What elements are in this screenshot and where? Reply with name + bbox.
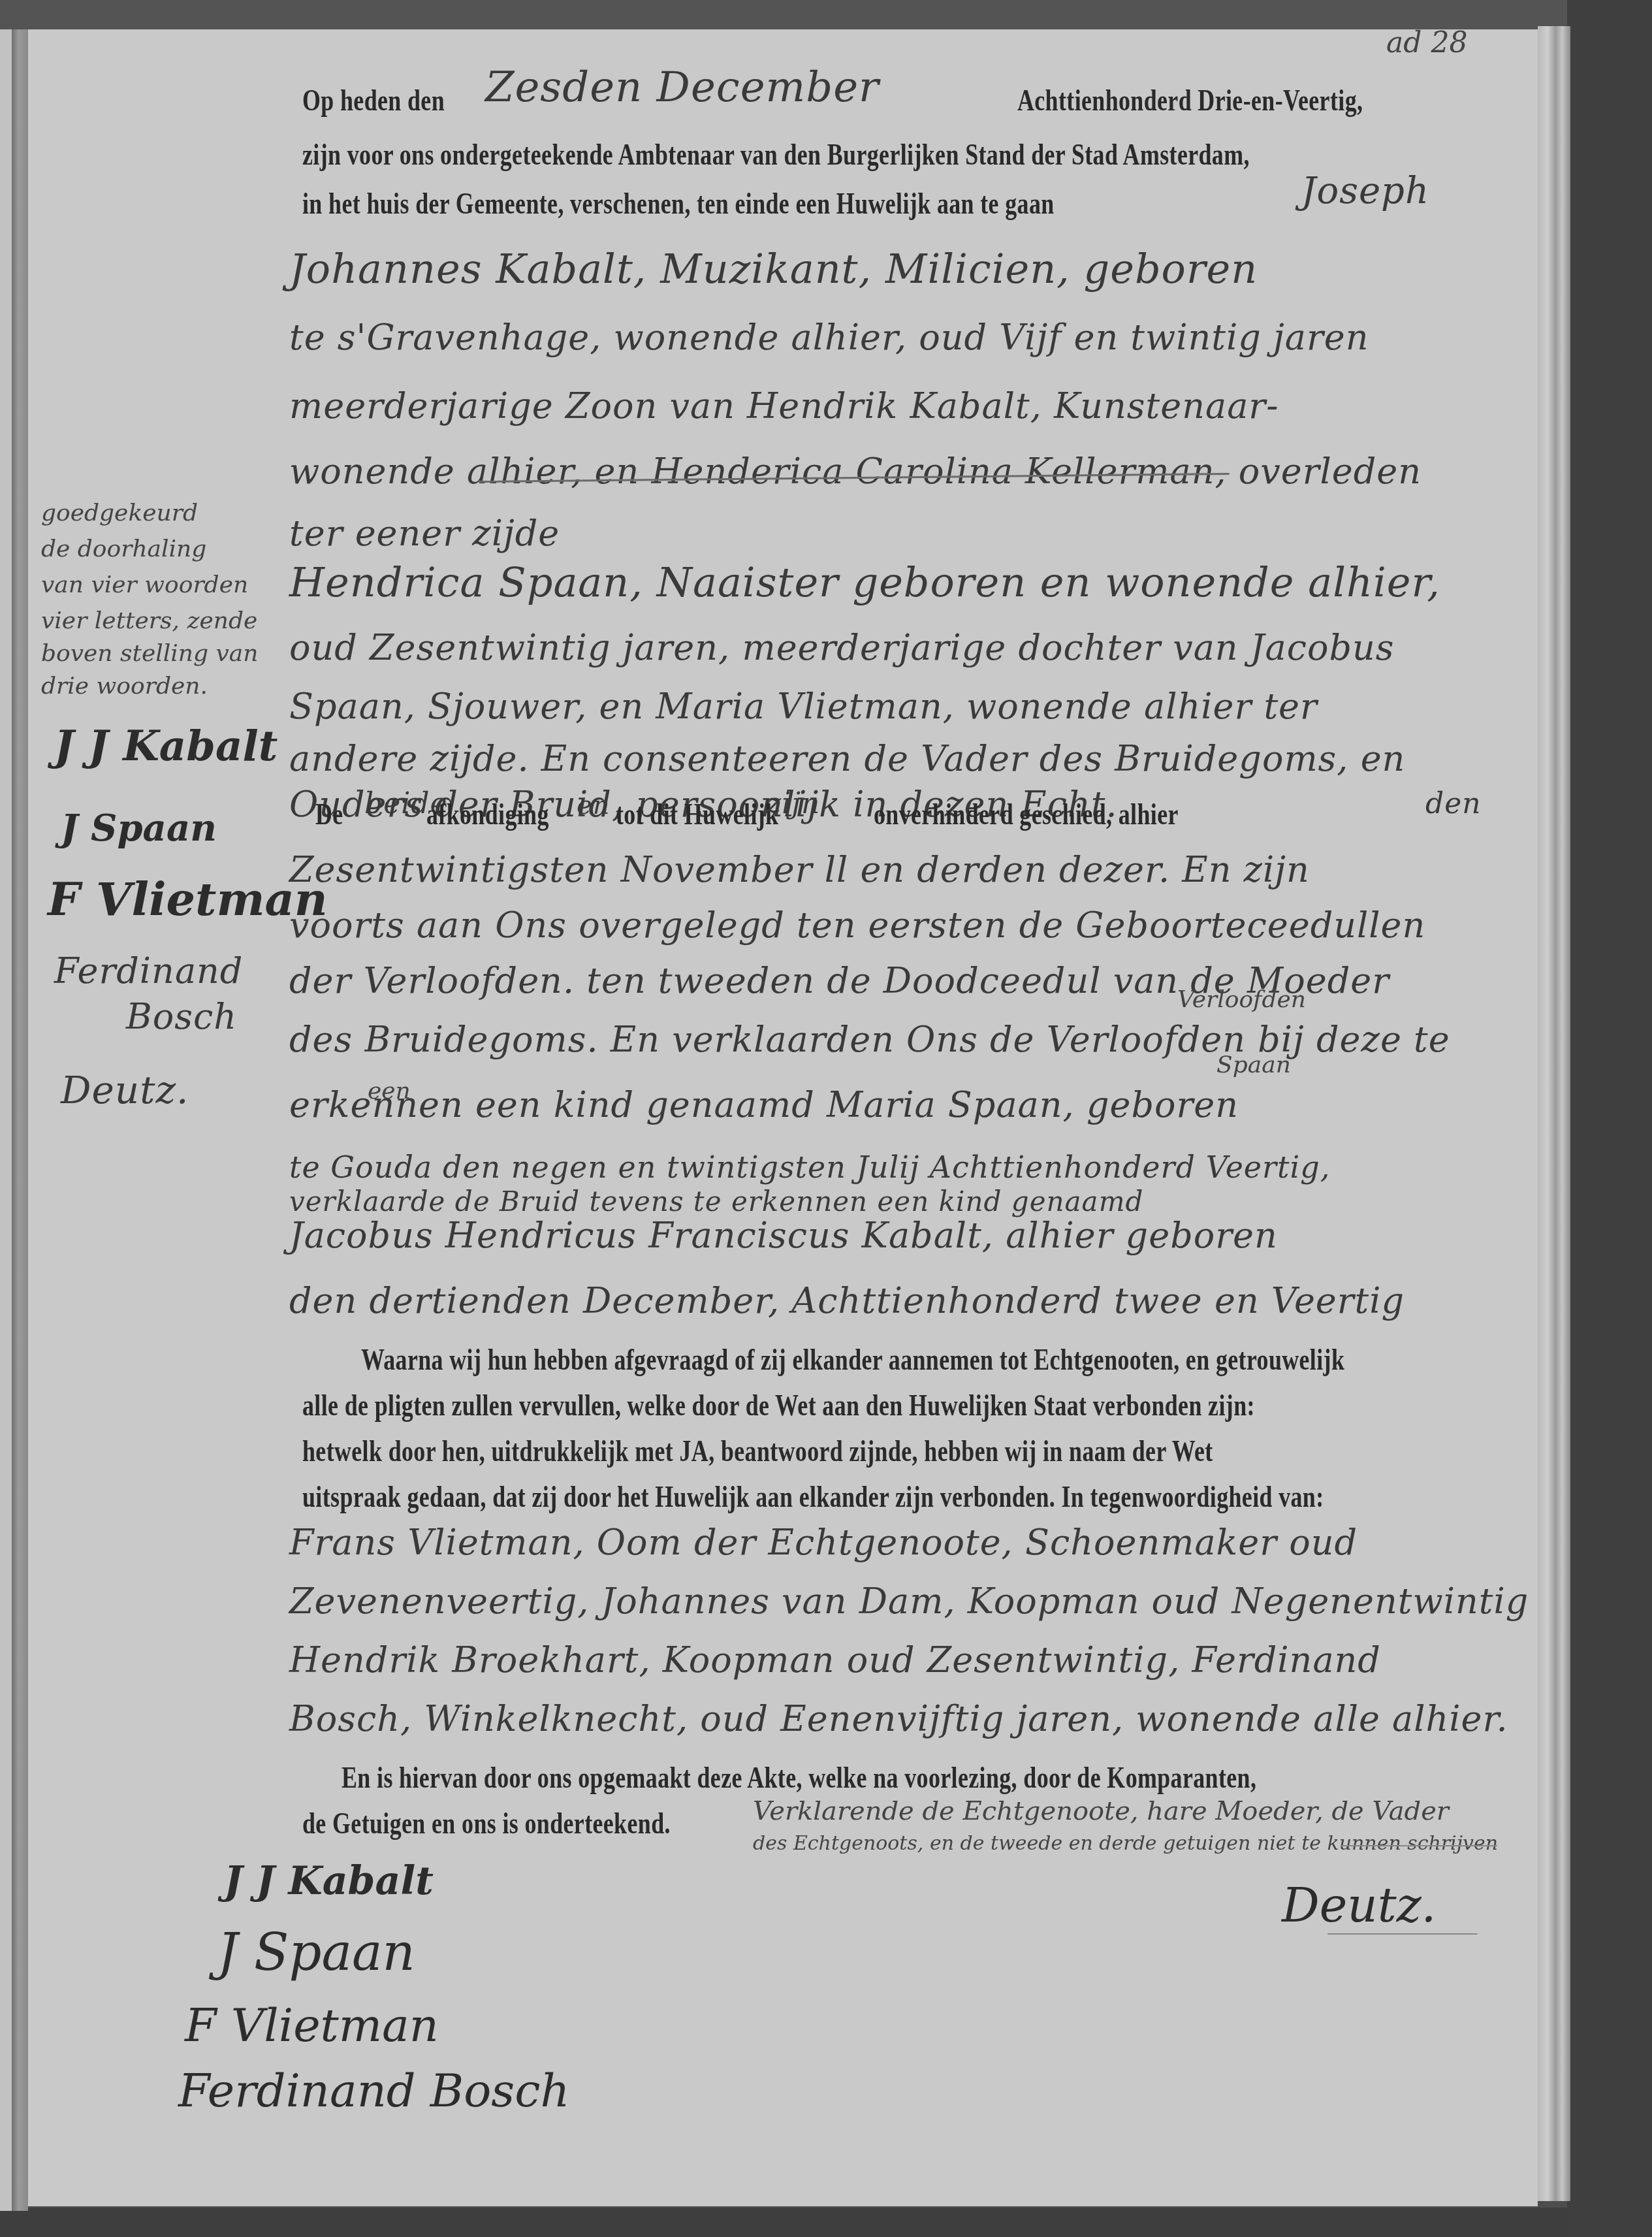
margin-signature-deutz: Deutz. <box>61 1068 189 1112</box>
printed-line-3: in het huis der Gemeente, verschenen, te… <box>302 186 1055 221</box>
groom-line: Johannes Kabalt, Muzikant, Milicien, geb… <box>289 245 1258 293</box>
signature-rule <box>1341 1845 1497 1846</box>
handwritten-den: den <box>1425 787 1482 820</box>
printed-closing-line: de Getuigen en ons is onderteekend. <box>302 1806 671 1841</box>
printed-afkondiging: afkondiging <box>426 797 549 831</box>
witnesses-line: Bosch, Winkelknecht, oud Eenenvijftig ja… <box>289 1698 1508 1739</box>
printed-vows-line: uitspraak gedaan, dat zij door het Huwel… <box>302 1479 1324 1514</box>
groom-line: te s'Gravenhage, wonende alhier, oud Vij… <box>289 317 1369 358</box>
documents-line: erkennen een kind genaamd Maria Spaan, g… <box>289 1084 1239 1125</box>
groom-line: meerderjarige Zoon van Hendrik Kabalt, K… <box>289 385 1279 426</box>
signature-vlietman: F Vlietman <box>185 1999 439 2052</box>
printed-tot-dit-huwelijk: tot dit Huwelijk <box>616 797 778 831</box>
page-stack-edge <box>1538 26 1570 2201</box>
margin-signature-kabalt: J J Kabalt <box>54 722 278 771</box>
printed-opening: Op heden den <box>302 83 445 118</box>
handwritten-en: en <box>577 790 610 820</box>
register-page: ad 28 Op heden den Zesden December Achtt… <box>28 29 1538 2206</box>
witnesses-line: Hendrik Broekhart, Koopman oud Zesentwin… <box>289 1639 1381 1681</box>
documents-line: den dertienden December, Achttienhonderd… <box>289 1280 1405 1321</box>
book-gutter <box>12 29 28 2211</box>
margin-note-line: boven stelling van <box>41 640 258 667</box>
closing-note-line: des Echtgenoots, en de tweede en derde g… <box>753 1832 1498 1855</box>
margin-signature-vlietman: F Vlietman <box>48 872 328 926</box>
bride-line: Hendrica Spaan, Naaister geboren en wone… <box>289 558 1440 606</box>
book-binding-right <box>1567 0 1652 2237</box>
signature-rule <box>1327 1933 1478 1935</box>
insert-verloofden: Verloofden <box>1177 986 1306 1013</box>
handwritten-banns-dates: Zesentwintigsten November ll en derden d… <box>289 849 1310 890</box>
signature-bosch: Ferdinand Bosch <box>178 2064 570 2117</box>
printed-line-2: zijn voor ons ondergeteekende Ambtenaar … <box>302 137 1250 172</box>
signature-kabalt: J J Kabalt <box>224 1858 434 1904</box>
groom-line: wonende alhier, en Henderica Carolina Ke… <box>289 451 1422 492</box>
documents-line: voorts aan Ons overgelegd ten eersten de… <box>289 905 1425 946</box>
documents-line: verklaarde de Bruid tevens te erkennen e… <box>289 1185 1143 1217</box>
witnesses-line: Zevenenveertig, Johannes van Dam, Koopma… <box>289 1581 1529 1622</box>
signature-spaan: J Spaan <box>217 1923 415 1982</box>
handwritten-joseph: Joseph <box>1301 170 1429 212</box>
printed-onverhinderd: onverhinderd geschied, alhier <box>874 797 1179 831</box>
printed-vows-line: alle de pligten zullen vervullen, welke … <box>302 1388 1255 1423</box>
groom-line: ter eener zijde <box>289 513 560 554</box>
insert-spaan: Spaan <box>1216 1052 1291 1078</box>
official-signature-deutz: Deutz. <box>1282 1878 1436 1933</box>
documents-line: te Gouda den negen en twintigsten Julij … <box>289 1150 1330 1185</box>
margin-note-line: van vier woorden <box>41 571 248 598</box>
witnesses-line: Frans Vlietman, Oom der Echtgenoote, Sch… <box>289 1522 1358 1563</box>
margin-note-line: de doorhaling <box>41 536 206 562</box>
margin-signature-ferdinand: Ferdinand <box>54 950 243 991</box>
margin-signature-bosch: Bosch <box>126 996 237 1037</box>
previous-page-edge <box>0 29 12 2211</box>
margin-signature-spaan: J Spaan <box>61 807 217 850</box>
documents-line: Jacobus Hendricus Franciscus Kabalt, alh… <box>289 1215 1278 1256</box>
handwritten-date: Zesden December <box>485 63 880 112</box>
page-number: ad 28 <box>1386 26 1467 59</box>
margin-note-line: drie woorden. <box>41 673 208 700</box>
printed-closing-line: En is hiervan door ons opgemaakt deze Ak… <box>342 1760 1256 1795</box>
margin-note-line: vier letters, zende <box>41 607 257 634</box>
printed-year: Achttienhonderd Drie-en-Veertig, <box>1017 83 1363 118</box>
book-binding-bottom <box>0 2208 1652 2237</box>
handwritten-zijn: zijn <box>766 787 820 820</box>
margin-note-line: goedgekeurd <box>41 500 198 526</box>
printed-vows-line: hetwelk door hen, uitdrukkelijk met JA, … <box>302 1434 1213 1468</box>
printed-banns-de: De <box>315 797 343 831</box>
closing-note-line: Verklarende de Echtgenoote, hare Moeder,… <box>753 1796 1449 1826</box>
bride-line: oud Zesentwintig jaren, meerderjarige do… <box>289 627 1394 668</box>
bride-line: andere zijde. En consenteeren de Vader d… <box>289 738 1405 779</box>
printed-vows-line: Waarna wij hun hebben afgevraagd of zij … <box>361 1342 1344 1377</box>
bride-line: Spaan, Sjouwer, en Maria Vlietman, wonen… <box>289 686 1318 727</box>
